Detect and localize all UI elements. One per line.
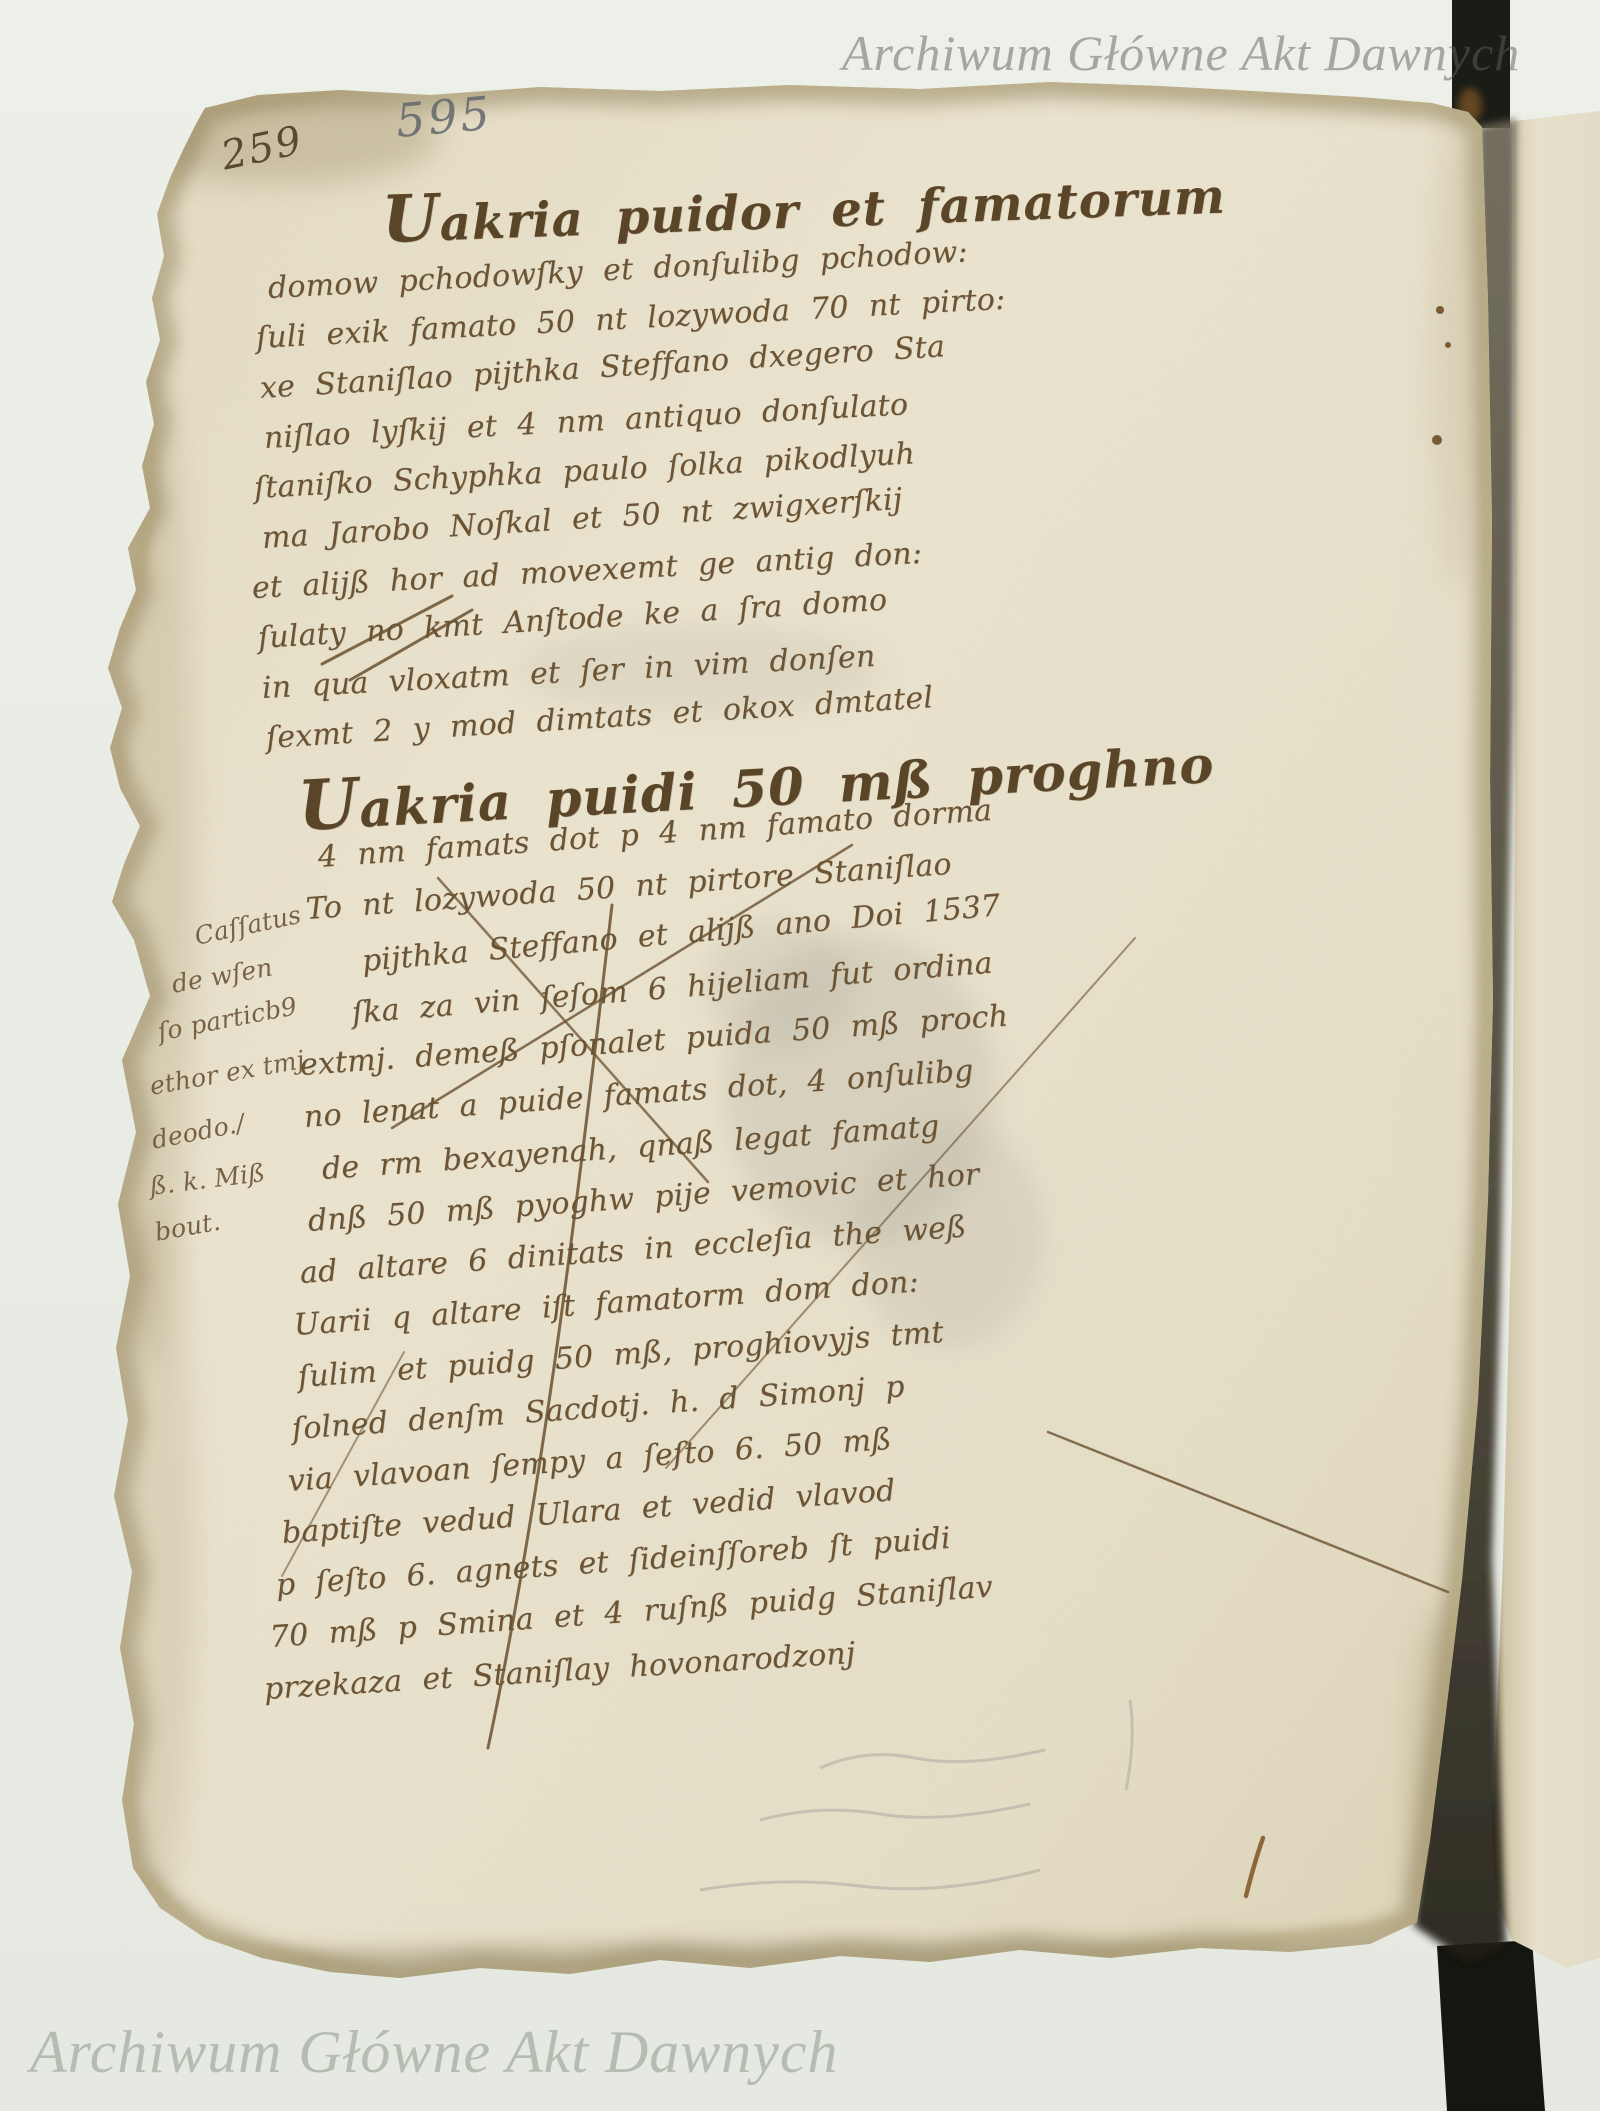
folio-number-pencil: 595 xyxy=(394,86,495,148)
bookmark-ribbon-bottom xyxy=(1437,1940,1545,2111)
scanned-manuscript-page: Archiwum Główne Akt Dawnych 595 259 Uakr… xyxy=(0,0,1600,2111)
